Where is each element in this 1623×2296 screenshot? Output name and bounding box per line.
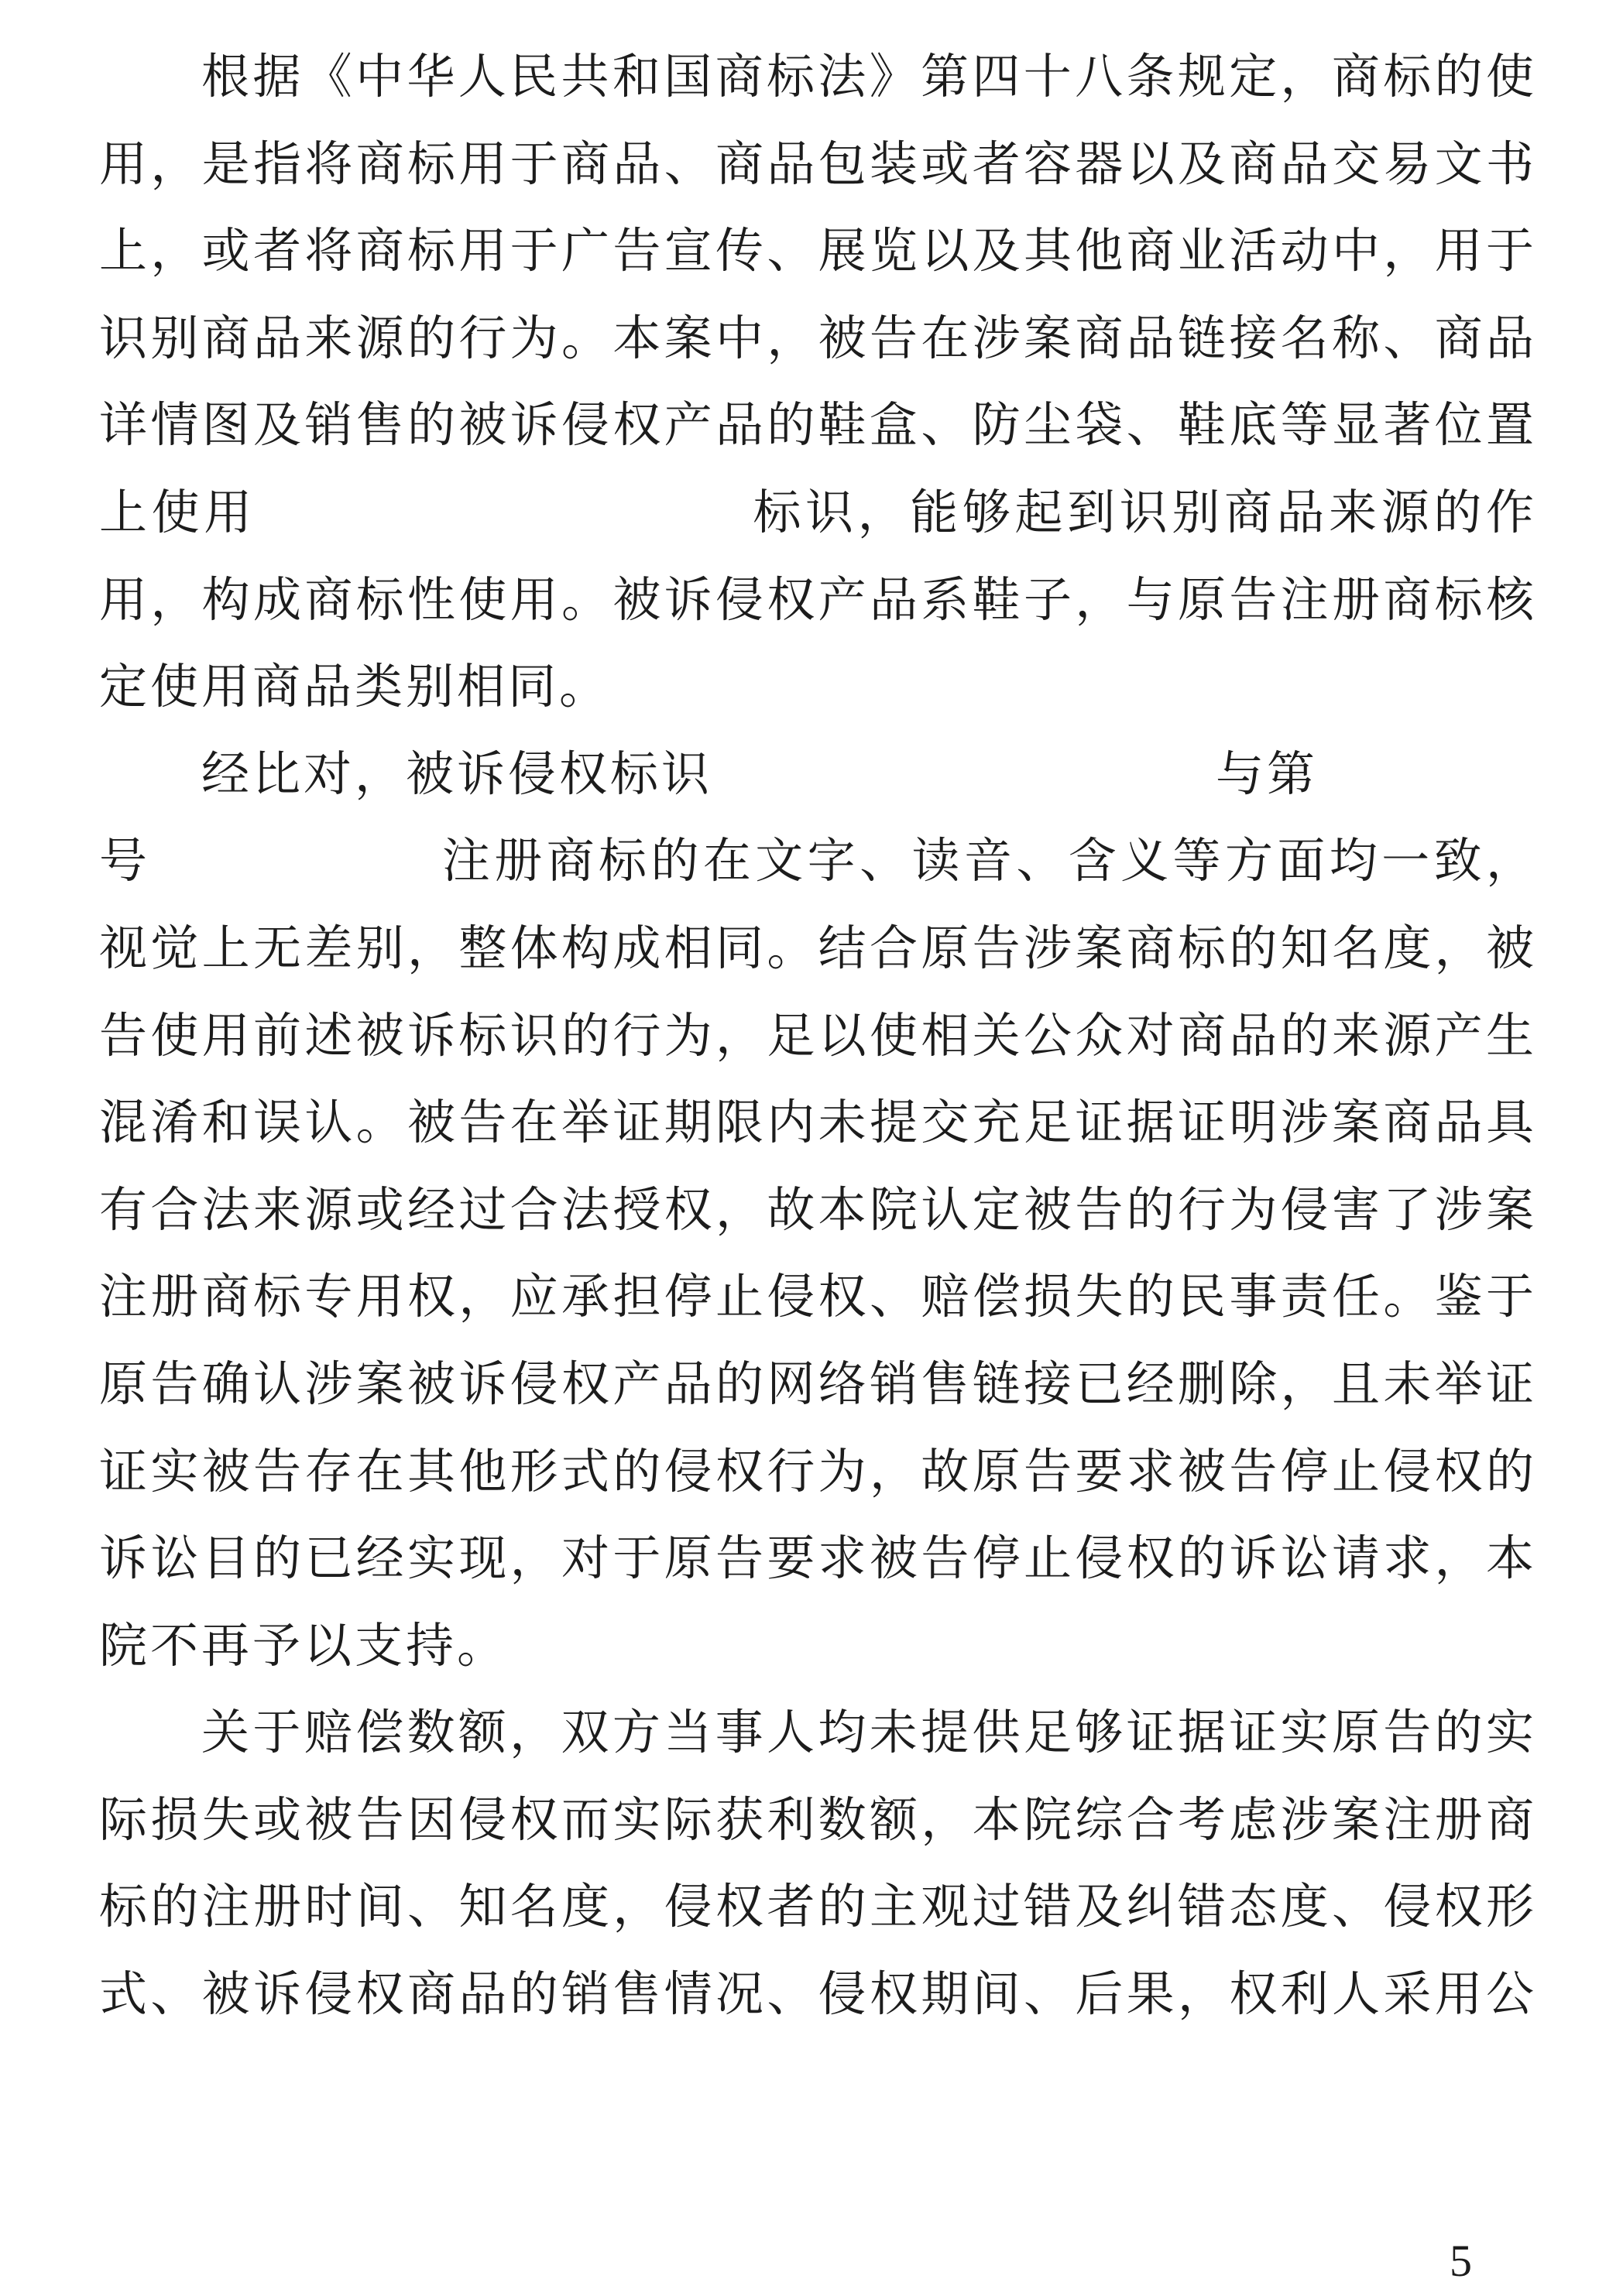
text-run: 际损失或被告因侵权而实际获利数额，本院综合考虑涉案注册商	[99, 1794, 1537, 1847]
text-line: 标的注册时间、知名度，侵权者的主观过错及纠错态度、侵权形	[99, 1864, 1537, 1952]
text-line: 用，构成商标性使用。被诉侵权产品系鞋子，与原告注册商标核	[99, 557, 1537, 645]
text-line: 识别商品来源的行为。本案中，被告在涉案商品链接名称、商品	[99, 296, 1537, 383]
text-run: 标的注册时间、知名度，侵权者的主观过错及纠错态度、侵权形	[99, 1881, 1537, 1934]
text-line: 号注册商标的在文字、读音、含义等方面均一致，	[99, 818, 1537, 906]
text-line: 详情图及销售的被诉侵权产品的鞋盒、防尘袋、鞋底等显著位置	[99, 382, 1537, 470]
text-run: 注册商标的在文字、读音、含义等方面均一致，	[441, 835, 1537, 888]
redacted-trademark-gap	[151, 829, 441, 877]
text-line: 原告确认涉案被诉侵权产品的网络销售链接已经删除，且未举证	[99, 1342, 1537, 1429]
text-run: 视觉上无差别，整体构成相同。结合原告涉案商标的知名度，被	[99, 923, 1537, 975]
text-line: 定使用商品类别相同。	[99, 644, 1537, 732]
text-run: 详情图及销售的被诉侵权产品的鞋盒、防尘袋、鞋底等显著位置	[99, 399, 1537, 452]
text-run: 混淆和误认。被告在举证期限内未提交充足证据证明涉案商品具	[99, 1097, 1537, 1150]
text-run: 经比对，被诉侵权标识	[201, 749, 712, 801]
text-run: 根据《中华人民共和国商标法》第四十八条规定，商标的使	[201, 51, 1537, 104]
text-run: 用，构成商标性使用。被诉侵权产品系鞋子，与原告注册商标核	[99, 574, 1537, 627]
text-line: 上使用标识，能够起到识别商品来源的作	[99, 470, 1537, 557]
text-run: 识别商品来源的行为。本案中，被告在涉案商品链接名称、商品	[99, 313, 1537, 365]
text-line: 式、被诉侵权商品的销售情况、侵权期间、后果，权利人采用公	[99, 1952, 1537, 2039]
text-line: 经比对，被诉侵权标识与第	[99, 732, 1537, 819]
text-run: 与第	[1216, 749, 1318, 801]
text-line: 院不再予以支持。	[99, 1603, 1537, 1691]
text-line: 混淆和误认。被告在举证期限内未提交充足证据证明涉案商品具	[99, 1080, 1537, 1167]
text-run: 上，或者将商标用于广告宣传、展览以及其他商业活动中，用于	[99, 225, 1537, 278]
text-line: 用，是指将商标用于商品、商品包装或者容器以及商品交易文书	[99, 122, 1537, 209]
text-line: 根据《中华人民共和国商标法》第四十八条规定，商标的使	[99, 34, 1537, 122]
text-run: 院不再予以支持。	[99, 1620, 508, 1673]
text-run: 号	[99, 835, 151, 888]
document-page: 根据《中华人民共和国商标法》第四十八条规定，商标的使用，是指将商标用于商品、商品…	[0, 0, 1623, 2296]
text-line: 上，或者将商标用于广告宣传、展览以及其他商业活动中，用于	[99, 208, 1537, 296]
page-number: 5	[1450, 2234, 1472, 2288]
text-run: 证实被告存在其他形式的侵权行为，故原告要求被告停止侵权的	[99, 1446, 1537, 1499]
text-run: 定使用商品类别相同。	[99, 661, 610, 714]
redacted-trademark-gap	[256, 481, 752, 529]
text-run: 有合法来源或经过合法授权，故本院认定被告的行为侵害了涉案	[99, 1184, 1537, 1237]
text-line: 注册商标专用权，应承担停止侵权、赔偿损失的民事责任。鉴于	[99, 1254, 1537, 1342]
text-line: 证实被告存在其他形式的侵权行为，故原告要求被告停止侵权的	[99, 1429, 1537, 1516]
text-run: 上使用	[99, 487, 256, 540]
redacted-trademark-gap	[712, 742, 1216, 790]
text-run: 注册商标专用权，应承担停止侵权、赔偿损失的民事责任。鉴于	[99, 1271, 1537, 1324]
text-line: 关于赔偿数额，双方当事人均未提供足够证据证实原告的实	[99, 1690, 1537, 1777]
text-run: 用，是指将商标用于商品、商品包装或者容器以及商品交易文书	[99, 139, 1537, 191]
text-block: 根据《中华人民共和国商标法》第四十八条规定，商标的使用，是指将商标用于商品、商品…	[99, 34, 1537, 2039]
text-line: 视觉上无差别，整体构成相同。结合原告涉案商标的知名度，被	[99, 906, 1537, 993]
text-run: 关于赔偿数额，双方当事人均未提供足够证据证实原告的实	[201, 1707, 1537, 1760]
text-line: 际损失或被告因侵权而实际获利数额，本院综合考虑涉案注册商	[99, 1777, 1537, 1865]
text-line: 告使用前述被诉标识的行为，足以使相关公众对商品的来源产生	[99, 993, 1537, 1081]
text-run: 标识，能够起到识别商品来源的作	[752, 487, 1537, 540]
text-run: 诉讼目的已经实现，对于原告要求被告停止侵权的诉讼请求，本	[99, 1533, 1537, 1585]
text-line: 诉讼目的已经实现，对于原告要求被告停止侵权的诉讼请求，本	[99, 1516, 1537, 1603]
text-run: 原告确认涉案被诉侵权产品的网络销售链接已经删除，且未举证	[99, 1359, 1537, 1411]
text-run: 式、被诉侵权商品的销售情况、侵权期间、后果，权利人采用公	[99, 1969, 1537, 2021]
text-run: 告使用前述被诉标识的行为，足以使相关公众对商品的来源产生	[99, 1010, 1537, 1063]
text-line: 有合法来源或经过合法授权，故本院认定被告的行为侵害了涉案	[99, 1167, 1537, 1255]
